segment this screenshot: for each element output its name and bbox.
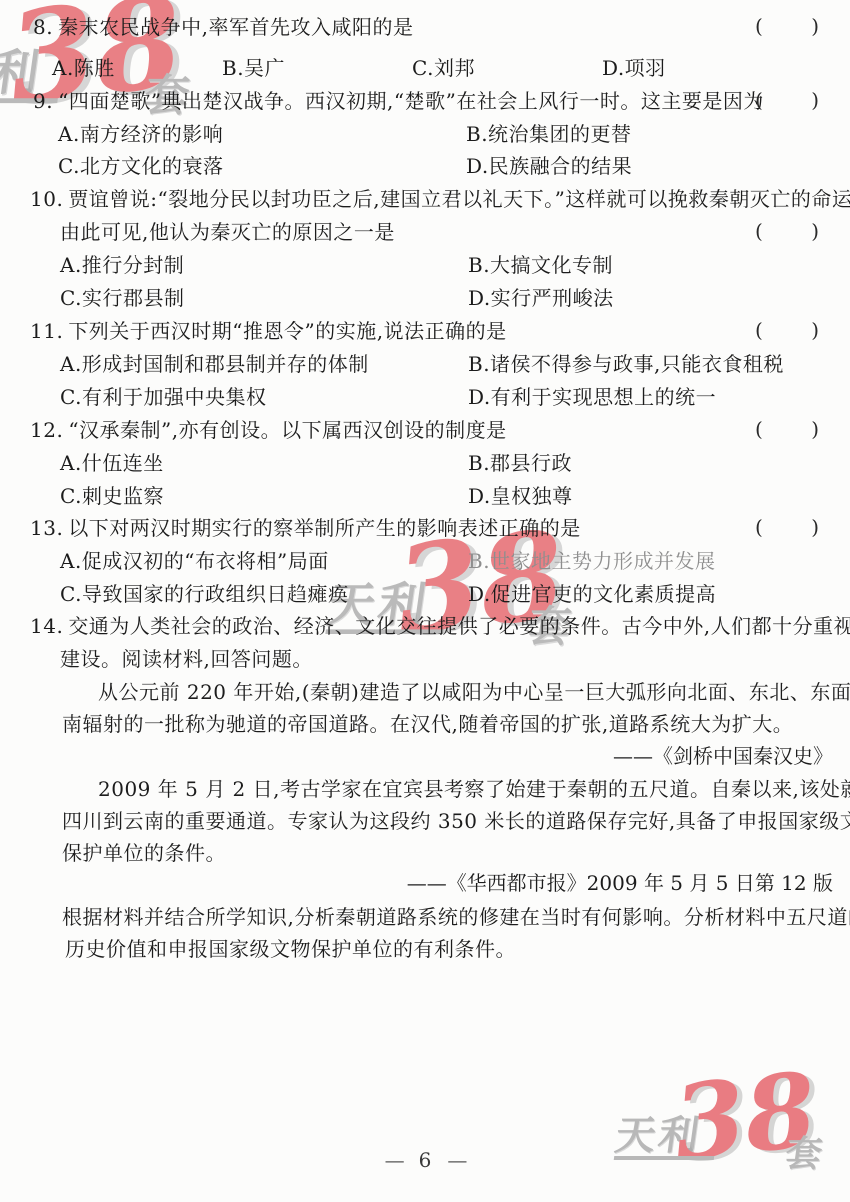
bracket-close: ) bbox=[811, 515, 819, 539]
question-12-option-a: A.什伍连坐B.郡县行政 bbox=[60, 450, 164, 476]
bracket-open: ( bbox=[755, 417, 763, 441]
question-8-option-b: B.吴广 bbox=[222, 55, 285, 81]
question-9-option-c: C.北方文化的衰落D.民族融合的结果 bbox=[58, 153, 223, 179]
question-8-text: 秦末农民战争中,率军首先攻入咸阳的是 bbox=[58, 15, 413, 39]
question-14-text-line1: 交通为人类社会的政治、经济、文化交往提供了必要的条件。古今中外,人们都十分重视交… bbox=[68, 614, 850, 638]
question-12-stem: 12.“汉承秦制”,亦有创设。以下属西汉创设的制度是 bbox=[30, 417, 507, 443]
question-8-option-c: C.刘邦 bbox=[412, 55, 475, 81]
question-14-task-line1: 根据材料并结合所学知识,分析秦朝道路系统的修建在当时有何影响。分析材料中五尺道的 bbox=[62, 904, 850, 930]
question-10-stem-line1: 10.贾谊曾说:“裂地分民以封功臣之后,建国立君以礼天下。”这样就可以挽救秦朝灭… bbox=[30, 186, 850, 212]
question-12-answer-bracket: () bbox=[755, 417, 819, 441]
question-14-number: 14. bbox=[30, 614, 63, 638]
question-8-option-a: A.陈胜 bbox=[52, 55, 115, 81]
footer-left-dash: — bbox=[385, 1148, 403, 1172]
question-9-option-b: B.统治集团的更替 bbox=[466, 121, 632, 147]
question-10-option-b: B.大搞文化专制 bbox=[468, 252, 613, 278]
question-10-option-c: C.实行郡县制D.实行严刑峻法 bbox=[60, 285, 184, 311]
page-footer: — 6 — bbox=[0, 1148, 850, 1172]
question-12-option-b: B.郡县行政 bbox=[468, 450, 572, 476]
question-13-answer-bracket: () bbox=[755, 515, 819, 539]
question-9-number: 9. bbox=[33, 89, 53, 113]
question-14-task-line2: 历史价值和申报国家级文物保护单位的有利条件。 bbox=[65, 936, 516, 962]
question-9-text: “四面楚歌”典出楚汉战争。西汉初期,“楚歌”在社会上风行一时。这主要是因为 bbox=[58, 89, 764, 113]
question-13-option-a: A.促成汉初的“布衣将相”局面B.世家地主势力形成并发展 bbox=[60, 548, 329, 574]
exam-page: 天利 38 套 天利 38 套 天利 38 套 8.秦末农民战争中,率军首先攻入… bbox=[0, 0, 850, 1202]
question-14-material2-source: ——《华西都市报》2009 年 5 月 5 日第 12 版 bbox=[407, 870, 833, 896]
question-10-option-d: D.实行严刑峻法 bbox=[468, 285, 614, 311]
question-12-number: 12. bbox=[30, 418, 63, 442]
question-14-material1-source: ——《剑桥中国秦汉史》 bbox=[613, 743, 833, 769]
question-13-option-d: D.促进官吏的文化素质提高 bbox=[468, 581, 716, 607]
question-11-number: 11. bbox=[30, 319, 63, 343]
question-10-text-line1: 贾谊曾说:“裂地分民以封功臣之后,建国立君以礼天下。”这样就可以挽救秦朝灭亡的命… bbox=[68, 187, 850, 211]
question-10-stem-line2: 由此可见,他认为秦灭亡的原因之一是 bbox=[60, 219, 395, 245]
question-10-option-a: A.推行分封制B.大搞文化专制 bbox=[60, 252, 184, 278]
question-11-text: 下列关于西汉时期“推恩令”的实施,说法正确的是 bbox=[68, 319, 506, 343]
question-11-option-d: D.有利于实现思想上的统一 bbox=[468, 384, 716, 410]
bracket-close: ) bbox=[811, 417, 819, 441]
question-14-material1-line2: 南辐射的一批称为驰道的帝国道路。在汉代,随着帝国的扩张,道路系统大为扩大。 bbox=[62, 711, 793, 737]
bracket-close: ) bbox=[811, 219, 819, 243]
question-11-answer-bracket: () bbox=[755, 318, 819, 342]
question-11-option-c: C.有利于加强中央集权D.有利于实现思想上的统一 bbox=[60, 384, 266, 410]
question-9-option-a: A.南方经济的影响B.统治集团的更替 bbox=[58, 121, 223, 147]
question-8-number: 8. bbox=[33, 15, 53, 39]
question-13-stem: 13.以下对两汉时期实行的察举制所产生的影响表述正确的是 bbox=[30, 515, 581, 541]
watermark-logo-bottom-right: 天利 38 套 bbox=[616, 1082, 831, 1192]
question-9-answer-bracket: () bbox=[755, 88, 819, 112]
question-8-option-d: D.项羽 bbox=[602, 55, 666, 81]
question-14-material2-line3: 保护单位的条件。 bbox=[62, 840, 226, 866]
question-8-answer-bracket: () bbox=[755, 14, 819, 38]
bracket-close: ) bbox=[811, 88, 819, 112]
bracket-open: ( bbox=[755, 318, 763, 342]
question-13-option-b: B.世家地主势力形成并发展 bbox=[468, 548, 716, 574]
bracket-close: ) bbox=[811, 318, 819, 342]
question-14-stem-line2: 建设。阅读材料,回答问题。 bbox=[60, 646, 313, 672]
question-12-option-d: D.皇权独尊 bbox=[468, 483, 573, 509]
question-9-stem: 9.“四面楚歌”典出楚汉战争。西汉初期,“楚歌”在社会上风行一时。这主要是因为 bbox=[33, 88, 764, 114]
question-14-stem-line1: 14.交通为人类社会的政治、经济、文化交往提供了必要的条件。古今中外,人们都十分… bbox=[30, 613, 850, 639]
question-11-option-b: B.诸侯不得参与政事,只能衣食租税 bbox=[468, 351, 784, 377]
bracket-open: ( bbox=[755, 515, 763, 539]
question-11-option-a: A.形成封国制和郡县制并存的体制B.诸侯不得参与政事,只能衣食租税 bbox=[60, 351, 369, 377]
question-8-stem: 8.秦末农民战争中,率军首先攻入咸阳的是 bbox=[33, 14, 413, 40]
question-13-option-c: C.导致国家的行政组织日趋瘫痪D.促进官吏的文化素质提高 bbox=[60, 581, 348, 607]
bracket-open: ( bbox=[755, 88, 763, 112]
question-9-option-d: D.民族融合的结果 bbox=[466, 153, 632, 179]
question-14-material2-line1: 2009 年 5 月 2 日,考古学家在宜宾县考察了始建于秦朝的五尺道。自秦以来… bbox=[98, 776, 850, 802]
footer-right-dash: — bbox=[447, 1148, 465, 1172]
bracket-open: ( bbox=[755, 14, 763, 38]
page-number: 6 bbox=[419, 1148, 432, 1172]
question-14-material2-line2: 四川到云南的重要通道。专家认为这段约 350 米长的道路保存完好,具备了申报国家… bbox=[62, 808, 850, 834]
question-10-answer-bracket: () bbox=[755, 219, 819, 243]
bracket-open: ( bbox=[755, 219, 763, 243]
question-14-material1-line1: 从公元前 220 年开始,(秦朝)建造了以咸阳为中心呈一巨大弧形向北面、东北、东… bbox=[98, 679, 850, 705]
question-13-text: 以下对两汉时期实行的察举制所产生的影响表述正确的是 bbox=[68, 516, 581, 540]
question-12-option-c: C.刺史监察D.皇权独尊 bbox=[60, 483, 164, 509]
question-13-number: 13. bbox=[30, 516, 63, 540]
bracket-close: ) bbox=[811, 14, 819, 38]
question-11-stem: 11.下列关于西汉时期“推恩令”的实施,说法正确的是 bbox=[30, 318, 507, 344]
question-12-text: “汉承秦制”,亦有创设。以下属西汉创设的制度是 bbox=[68, 418, 506, 442]
question-10-number: 10. bbox=[30, 187, 63, 211]
